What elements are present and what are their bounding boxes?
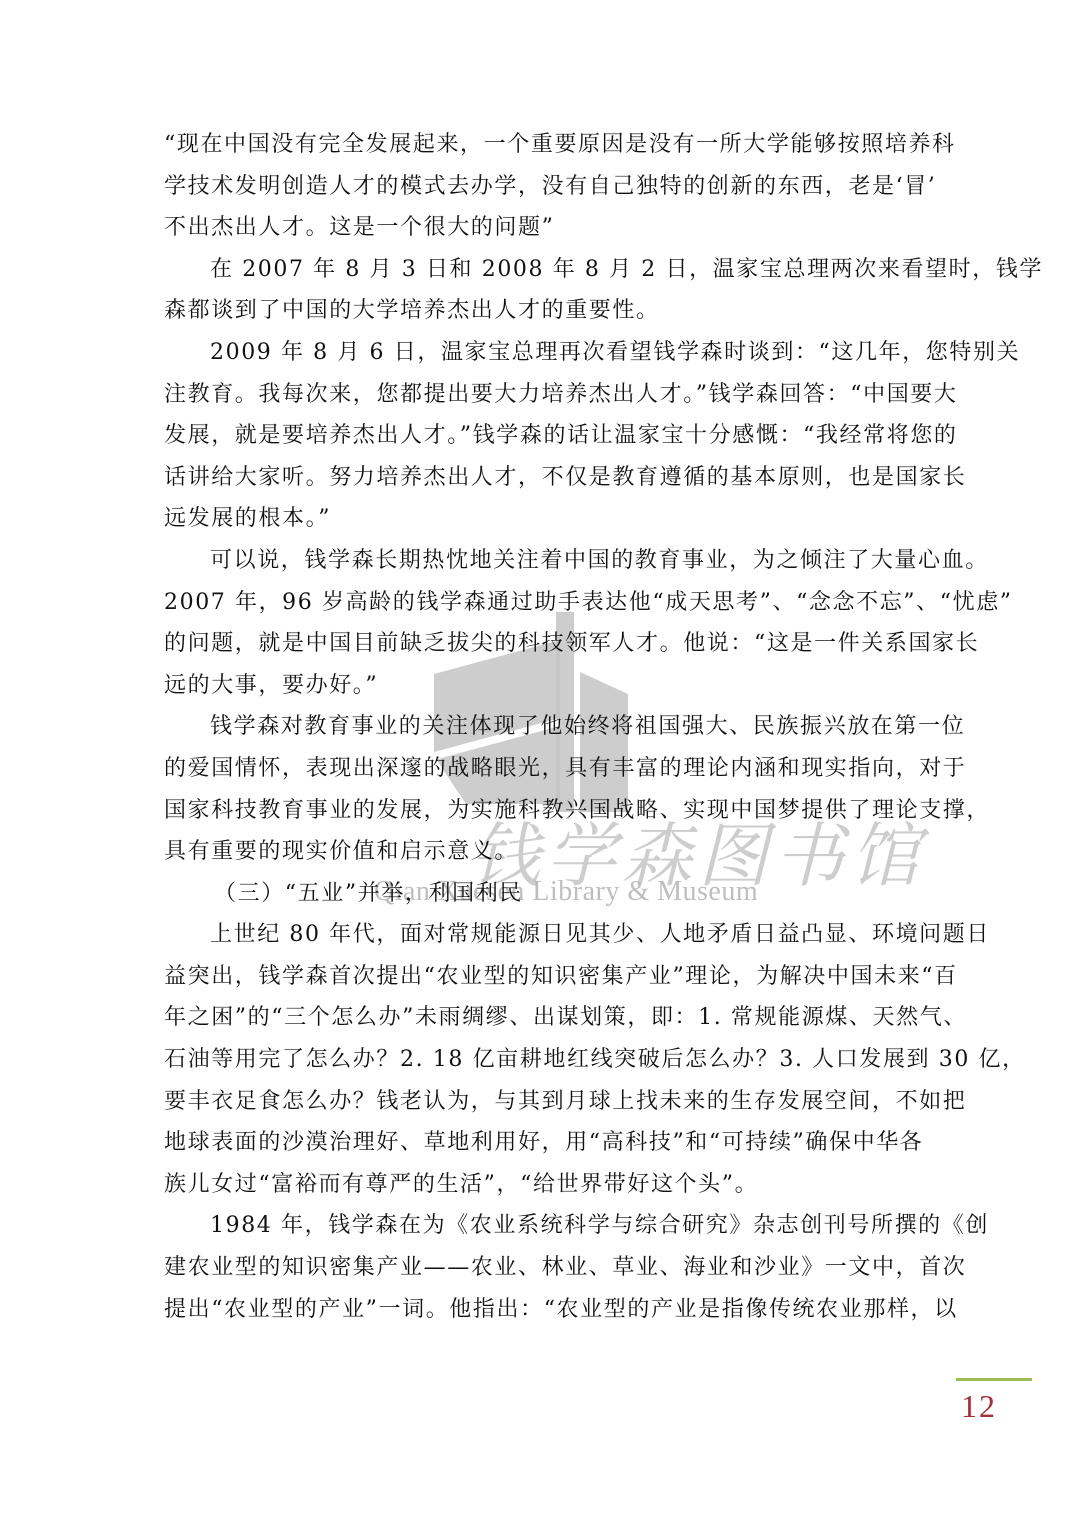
text-line: 2007 年，96 岁高龄的钱学森通过助手表达他“成天思考”、“念念不忘”、“忧… [164, 582, 912, 624]
paragraph-article-1984: 1984 年，钱学森在为《农业系统科学与综合研究》杂志创刊号所撰的《创 建农业型… [164, 1205, 912, 1330]
text-line: 族儿女过“富裕而有尊严的生活”，“给世界带好这个头”。 [164, 1164, 912, 1206]
section-heading: （三）“五业”并举，利国利民 [164, 873, 912, 915]
text-line: 学技术发明创造人才的模式去办学，没有自己独特的创新的东西，老是‘冒’ [164, 166, 912, 208]
text-line: 远的大事，要办好。” [164, 665, 912, 707]
paragraph-quote-continuation: “现在中国没有完全发展起来，一个重要原因是没有一所大学能够按照培养科 学技术发明… [164, 124, 912, 249]
text-line: 具有重要的现实价值和启示意义。 [164, 831, 912, 873]
paragraph-patriotism-summary: 钱学森对教育事业的关注体现了他始终将祖国强大、民族振兴放在第一位 的爱国情怀，表… [164, 706, 912, 872]
text-line: 提出“农业型的产业”一词。他指出：“农业型的产业是指像传统农业那样，以 [164, 1289, 912, 1331]
text-line: 在 2007 年 8 月 3 日和 2008 年 8 月 2 日，温家宝总理两次… [164, 249, 912, 291]
text-line: 远发展的根本。” [164, 498, 912, 540]
paragraph-wen-visits-2007-2008: 在 2007 年 8 月 3 日和 2008 年 8 月 2 日，温家宝总理两次… [164, 249, 912, 332]
text-line: 注教育。我每次来，您都提出要大力培养杰出人才。”钱学森回答：“中国要大 [164, 374, 912, 416]
text-line: 国家科技教育事业的发展，为实施科教兴国战略、实现中国梦提供了理论支撑， [164, 790, 912, 832]
document-body: “现在中国没有完全发展起来，一个重要原因是没有一所大学能够按照培养科 学技术发明… [164, 124, 912, 1330]
text-line: 话讲给大家听。努力培养杰出人才，不仅是教育遵循的基本原则，也是国家长 [164, 457, 912, 499]
text-line: 建农业型的知识密集产业——农业、林业、草业、海业和沙业》一文中，首次 [164, 1247, 912, 1289]
text-line: 1984 年，钱学森在为《农业系统科学与综合研究》杂志创刊号所撰的《创 [164, 1205, 912, 1247]
text-line: “现在中国没有完全发展起来，一个重要原因是没有一所大学能够按照培养科 [164, 124, 912, 166]
text-line: 发展，就是要培养杰出人才。”钱学森的话让温家宝十分感慨：“我经常将您的 [164, 415, 912, 457]
paragraph-wen-visit-2009: 2009 年 8 月 6 日，温家宝总理再次看望钱学森时谈到：“这几年，您特别关… [164, 332, 912, 540]
section-heading-text: （三）“五业”并举，利国利民 [164, 873, 912, 915]
paragraph-long-term-concern: 可以说，钱学森长期热忱地关注着中国的教育事业，为之倾注了大量心血。 2007 年… [164, 540, 912, 706]
text-line: 益突出，钱学森首次提出“农业型的知识密集产业”理论，为解决中国未来“百 [164, 956, 912, 998]
document-page: 钱学森图书馆 Qian Xuesen Library & Museum “现在中… [0, 0, 1074, 1520]
text-line: 石油等用完了怎么办？2. 18 亿亩耕地红线突破后怎么办？3. 人口发展到 30… [164, 1039, 912, 1081]
text-line: 年之困”的“三个怎么办”未雨绸缪、出谋划策，即：1. 常规能源煤、天然气、 [164, 997, 912, 1039]
text-line: 的爱国情怀，表现出深邃的战略眼光，具有丰富的理论内涵和现实指向，对于 [164, 748, 912, 790]
text-line: 要丰衣足食怎么办？钱老认为，与其到月球上找未来的生存发展空间，不如把 [164, 1081, 912, 1123]
text-line: 钱学森对教育事业的关注体现了他始终将祖国强大、民族振兴放在第一位 [164, 706, 912, 748]
text-line: 森都谈到了中国的大学培养杰出人才的重要性。 [164, 290, 912, 332]
text-line: 可以说，钱学森长期热忱地关注着中国的教育事业，为之倾注了大量心血。 [164, 540, 912, 582]
text-line: 地球表面的沙漠治理好、草地利用好，用“高科技”和“可持续”确保中华各 [164, 1122, 912, 1164]
text-line: 2009 年 8 月 6 日，温家宝总理再次看望钱学森时谈到：“这几年，您特别关 [164, 332, 912, 374]
page-number: 12 [961, 1388, 997, 1425]
text-line: 上世纪 80 年代，面对常规能源日见其少、人地矛盾日益凸显、环境问题日 [164, 914, 912, 956]
paragraph-knowledge-intensive-agriculture: 上世纪 80 年代，面对常规能源日见其少、人地矛盾日益凸显、环境问题日 益突出，… [164, 914, 912, 1205]
text-line: 不出杰出人才。这是一个很大的问题” [164, 207, 912, 249]
footer-divider [956, 1378, 1032, 1381]
text-line: 的问题，就是中国目前缺乏拔尖的科技领军人才。他说：“这是一件关系国家长 [164, 623, 912, 665]
